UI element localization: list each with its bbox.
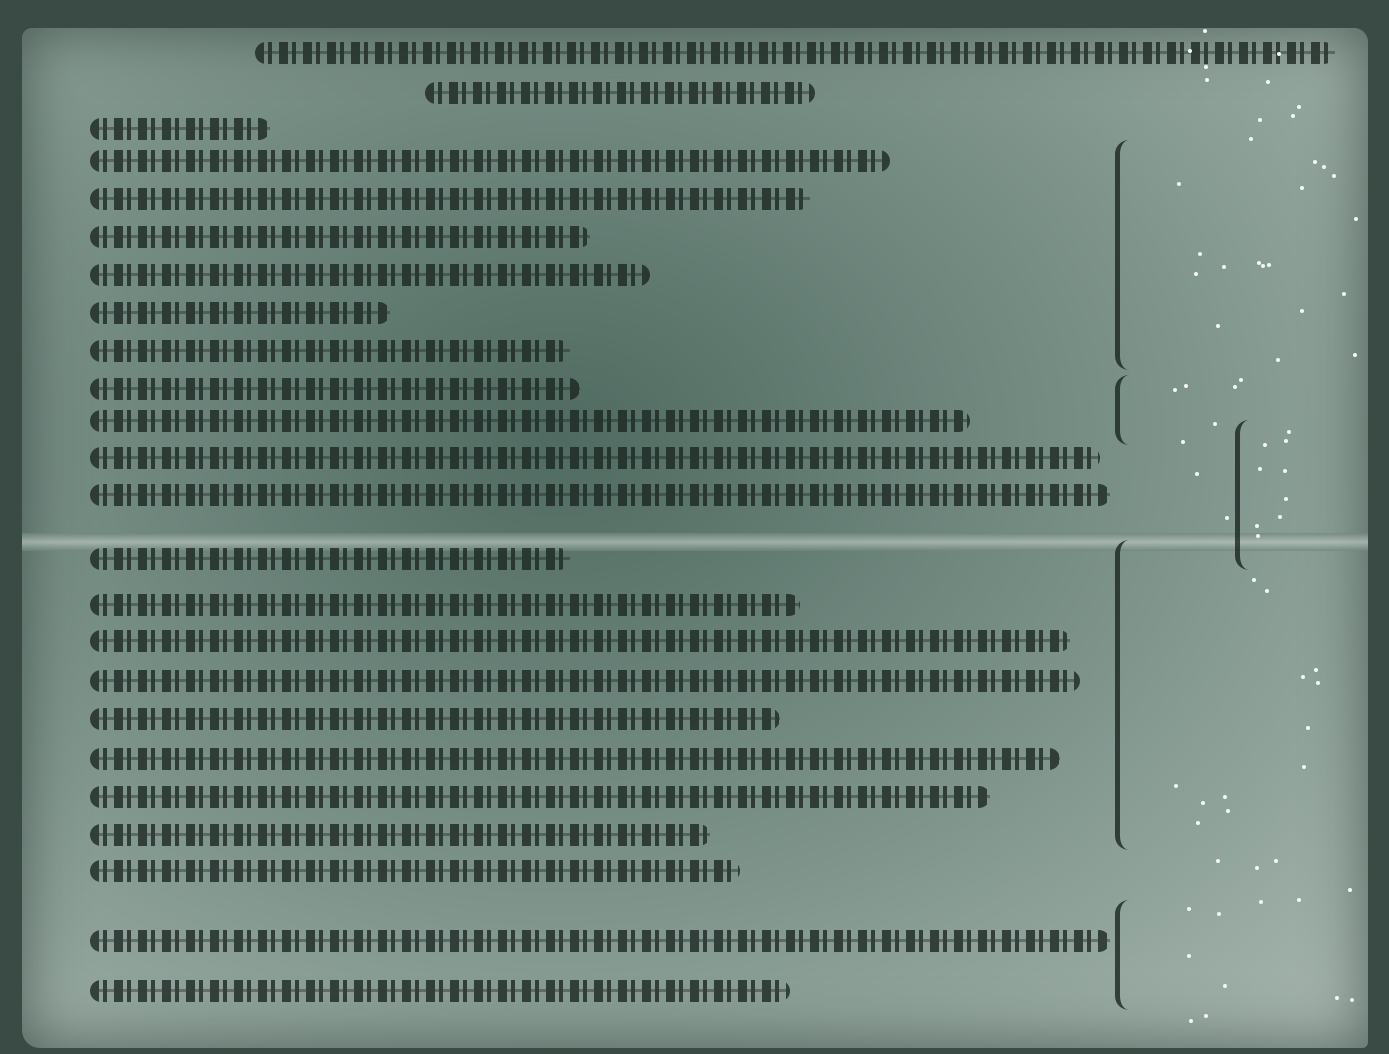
speck — [1274, 859, 1278, 863]
speck — [1259, 900, 1263, 904]
handwritten-line — [90, 824, 710, 846]
speck — [1205, 78, 1209, 82]
speck — [1261, 264, 1265, 268]
speck — [1204, 65, 1208, 69]
speck — [1187, 907, 1191, 911]
speck — [1173, 388, 1177, 392]
handwritten-line — [90, 670, 1080, 692]
speck — [1276, 358, 1280, 362]
speck — [1255, 866, 1259, 870]
speck — [1177, 182, 1181, 186]
handwritten-line — [90, 118, 270, 140]
handwritten-line — [90, 410, 970, 432]
speck — [1195, 472, 1199, 476]
side-annotation — [1235, 420, 1280, 570]
handwritten-line — [90, 302, 390, 324]
handwritten-line — [90, 748, 1060, 770]
speck — [1348, 888, 1352, 892]
speck — [1216, 859, 1220, 863]
handwritten-line — [90, 378, 580, 400]
speck — [1342, 292, 1346, 296]
speck — [1291, 114, 1295, 118]
handwritten-line — [90, 484, 1110, 506]
speck — [1284, 439, 1288, 443]
speck — [1174, 784, 1178, 788]
speck — [1278, 515, 1282, 519]
handwritten-line — [90, 980, 790, 1002]
speck — [1313, 160, 1317, 164]
handwritten-line — [90, 708, 780, 730]
margin-numeral-column — [1115, 540, 1160, 850]
speck — [1188, 49, 1192, 53]
speck — [1187, 954, 1191, 958]
speck — [1181, 440, 1185, 444]
speck — [1257, 261, 1261, 265]
speck — [1267, 263, 1271, 267]
speck — [1300, 186, 1304, 190]
speck — [1249, 137, 1253, 141]
handwritten-line — [90, 188, 810, 210]
handwritten-line — [90, 226, 590, 248]
speck — [1196, 821, 1200, 825]
handwritten-line — [90, 594, 800, 616]
handwritten-line — [90, 447, 1100, 469]
speck — [1283, 469, 1287, 473]
speck — [1216, 324, 1220, 328]
speck — [1201, 801, 1205, 805]
speck — [1189, 1019, 1193, 1023]
speck — [1353, 353, 1357, 357]
speck — [1258, 467, 1262, 471]
header-handwritten-line — [425, 82, 815, 104]
margin-numeral-column — [1115, 900, 1160, 1010]
handwritten-line — [90, 340, 570, 362]
handwritten-line — [90, 630, 1070, 652]
speck — [1297, 105, 1301, 109]
handwritten-line — [90, 150, 890, 172]
handwritten-line — [90, 930, 1110, 952]
speck — [1302, 765, 1306, 769]
speck — [1332, 174, 1336, 178]
speck — [1266, 80, 1270, 84]
margin-numeral-column — [1115, 375, 1160, 445]
speck — [1314, 668, 1318, 672]
speck — [1217, 912, 1221, 916]
margin-numeral-column — [1115, 140, 1160, 370]
speck — [1225, 516, 1229, 520]
speck — [1265, 589, 1269, 593]
speck — [1287, 430, 1291, 434]
speck — [1335, 996, 1339, 1000]
header-handwritten-line — [255, 42, 1335, 64]
speck — [1297, 898, 1301, 902]
speck — [1194, 272, 1198, 276]
handwritten-line — [90, 860, 740, 882]
speck — [1222, 265, 1226, 269]
speck — [1239, 378, 1243, 382]
speck — [1354, 217, 1358, 221]
handwritten-line — [90, 548, 570, 570]
manuscript-page: Handwritten manuscript (Burmese script),… — [22, 28, 1368, 1048]
speck — [1284, 497, 1288, 501]
speck — [1350, 998, 1354, 1002]
speck — [1204, 1014, 1208, 1018]
speck — [1203, 29, 1207, 33]
handwritten-line — [90, 786, 990, 808]
speck — [1263, 443, 1267, 447]
speck — [1316, 681, 1320, 685]
speck — [1184, 384, 1188, 388]
handwritten-line — [90, 264, 650, 286]
speck — [1252, 578, 1256, 582]
speck — [1322, 165, 1326, 169]
speck — [1300, 309, 1304, 313]
speck — [1223, 984, 1227, 988]
speck — [1233, 385, 1237, 389]
speck — [1226, 809, 1230, 813]
speck — [1213, 422, 1217, 426]
speck — [1301, 675, 1305, 679]
speck — [1258, 118, 1262, 122]
speck — [1306, 726, 1310, 730]
speck — [1223, 795, 1227, 799]
speck — [1198, 252, 1202, 256]
